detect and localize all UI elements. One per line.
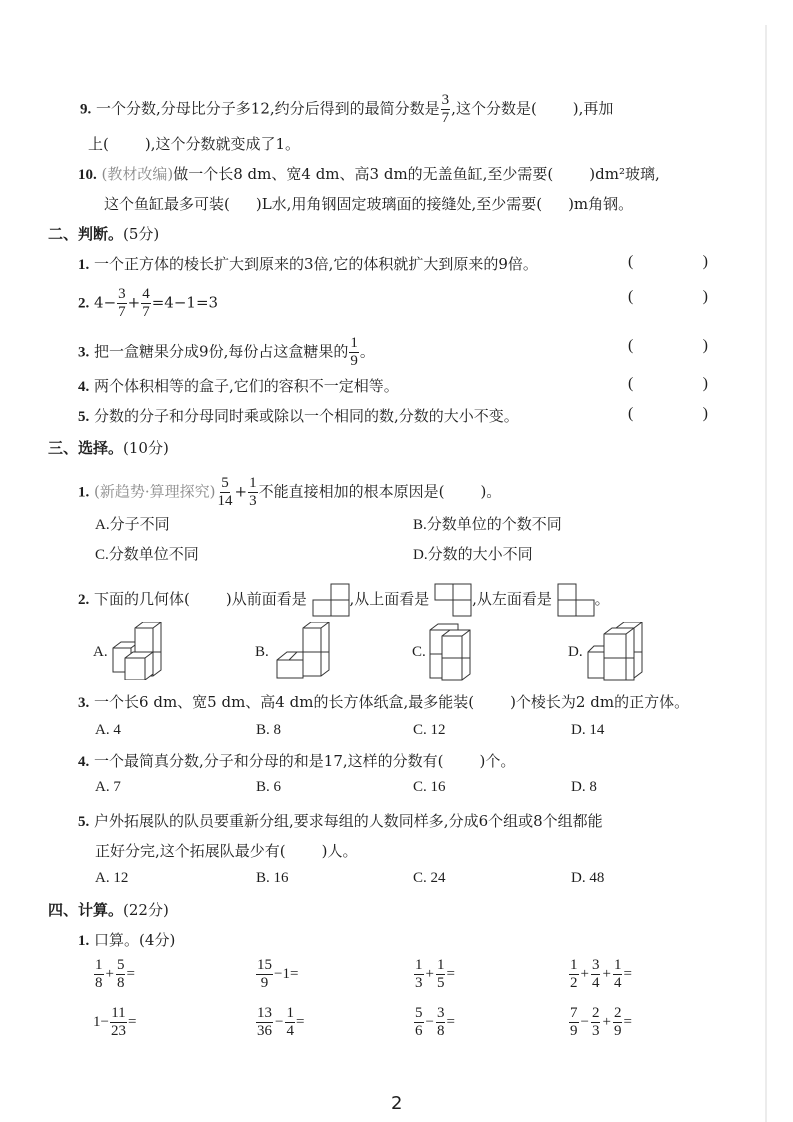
calc-subheading: 1. 口算。(4分): [78, 929, 175, 952]
option-c[interactable]: C. 12: [413, 722, 446, 739]
fraction: 47: [141, 287, 151, 320]
answer-bracket[interactable]: (): [628, 405, 708, 423]
page-edge-shadow: [765, 25, 767, 1122]
answer-bracket[interactable]: (): [628, 375, 708, 393]
page-number: 2: [391, 1093, 402, 1114]
option-d[interactable]: D. 14: [571, 722, 604, 739]
option-b[interactable]: B. 16: [256, 870, 289, 887]
question-9-line2: 上(),这个分数就变成了1。: [88, 133, 300, 155]
cube-stack-a-icon: [111, 622, 169, 680]
question-number: 10.: [78, 167, 97, 183]
question-text: 一个分数,分母比分子多12,约分后得到的最简分数是: [96, 100, 440, 118]
calc-item[interactable]: 1−1123=: [93, 1006, 136, 1039]
question-10: 10. (教材改编)做一个长8 dm、宽4 dm、高3 dm的无盖鱼缸,至少需要…: [78, 163, 660, 186]
option-b[interactable]: B. 6: [256, 779, 281, 796]
fraction: 37: [117, 287, 127, 320]
question-9: 9. 一个分数,分母比分子多12,约分后得到的最简分数是37,这个分数是(),再…: [80, 93, 613, 126]
front-view-icon: [312, 583, 350, 617]
option-c[interactable]: C.分数单位不同: [95, 543, 199, 564]
calc-item[interactable]: 18+58=: [93, 958, 135, 991]
cube-stack-c-icon: [428, 622, 478, 682]
calc-item[interactable]: 1336−14=: [255, 1006, 304, 1039]
option-d[interactable]: D.分数的大小不同: [413, 543, 533, 564]
question-10-line2: 这个鱼缸最多可装()L水,用角钢固定玻璃面的接缝处,至少需要()m角钢。: [104, 193, 633, 215]
choice-question-4: 4. 一个最简真分数,分子和分母的和是17,这样的分数有()个。: [78, 750, 515, 773]
calc-item[interactable]: 13+15=: [413, 958, 455, 991]
option-d[interactable]: D. 48: [571, 870, 604, 887]
choice-question-1: 1. (新趋势·算理探究)514+13不能直接相加的根本原因是()。: [78, 476, 501, 509]
question-number: 9.: [80, 102, 91, 118]
judge-item-5: 5. 分数的分子和分母同时乘或除以一个相同的数,分数的大小不变。: [78, 405, 519, 428]
calc-item[interactable]: 56−38=: [413, 1006, 455, 1039]
calc-item[interactable]: 79−23+29=: [568, 1006, 632, 1039]
fraction: 13: [248, 476, 258, 509]
question-tag: (教材改编): [102, 165, 174, 183]
option-b[interactable]: B.分数单位的个数不同: [413, 513, 562, 534]
judge-item-2: 2. 4−37+47=4−1=3: [78, 287, 218, 320]
option-a[interactable]: A. 4: [95, 722, 121, 739]
option-b[interactable]: B. 8: [256, 722, 281, 739]
judge-item-3: 3. 把一盒糖果分成9份,每份占这盒糖果的19。: [78, 336, 375, 369]
fraction: 19: [349, 336, 359, 369]
top-view-icon: [434, 583, 472, 617]
answer-bracket[interactable]: (): [628, 288, 708, 306]
section-heading-choice: 三、选择。(10分): [48, 437, 169, 459]
choice-question-5: 5. 户外拓展队的队员要重新分组,要求每组的人数同样多,分成6个组或8个组都能: [78, 810, 603, 833]
option-a[interactable]: A. 7: [95, 779, 121, 796]
calc-item[interactable]: 159−1=: [255, 958, 298, 991]
option-a[interactable]: A.分子不同: [95, 513, 170, 534]
section-heading-judgement: 二、判断。(5分): [48, 223, 159, 245]
option-d[interactable]: D. 8: [571, 779, 597, 796]
option-c[interactable]: C. 16: [413, 779, 446, 796]
fraction: 37: [441, 93, 451, 126]
fraction: 514: [217, 476, 234, 509]
answer-bracket[interactable]: (): [628, 253, 708, 271]
judge-item-1: 1. 一个正方体的棱长扩大到原来的3倍,它的体积就扩大到原来的9倍。: [78, 253, 538, 276]
cube-stack-b-icon: [275, 622, 339, 680]
left-view-icon: [557, 583, 595, 617]
choice-question-2: 2. 下面的几何体()从前面看是 ,从上面看是 ,从左面看是 。: [78, 583, 610, 617]
option-c[interactable]: C. 24: [413, 870, 446, 887]
answer-bracket[interactable]: (): [628, 337, 708, 355]
choice-question-5-line2: 正好分完,这个拓展队最少有()人。: [95, 840, 357, 862]
question-tag: (新趋势·算理探究): [94, 483, 215, 501]
option-a[interactable]: A. 12: [95, 870, 128, 887]
section-heading-calculation: 四、计算。(22分): [48, 899, 169, 921]
calc-item[interactable]: 12+34+14=: [568, 958, 632, 991]
judge-item-4: 4. 两个体积相等的盒子,它们的容积不一定相等。: [78, 375, 399, 398]
choice-question-3: 3. 一个长6 dm、宽5 dm、高4 dm的长方体纸盒,最多能装()个棱长为2…: [78, 691, 689, 714]
cube-stack-d-icon: [586, 622, 644, 682]
